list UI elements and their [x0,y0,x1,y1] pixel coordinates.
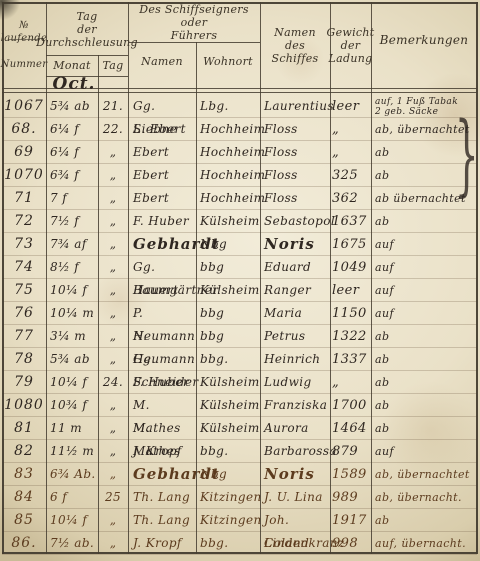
cell-time: 6¼ f [46,141,98,164]
cell-time: 10¼ f [46,371,98,394]
table-row: 81 11 m „ M. Mathes Külsheim Aurora 1464… [2,417,477,440]
cell-day: „ [98,325,128,348]
grid-line [476,2,478,554]
header-weight-label: Gewicht der Ladung [331,10,370,80]
cell-number: 75 [2,279,46,302]
cell-ship-name: J. U. Lina [260,486,330,509]
cell-remark: ab [371,394,477,417]
cell-residence: Hochheim [196,141,260,164]
cell-number: 69 [2,141,46,164]
table-row: 85 10¼ f „ Th. Lang Kitzingen Joh. Colan… [2,509,477,532]
cell-day: „ [98,141,128,164]
cell-number: 76 [2,302,46,325]
cell-residence: Hochheim [196,164,260,187]
table-row: 82 11½ m „ J. Kropf bbg. Barbarossa 879 … [2,440,477,463]
cell-ship-name: Joh. Coland [260,509,330,532]
cell-residence: bbg [196,256,260,279]
cell-captain-name: J. Kropf [128,440,196,463]
cell-remark: auf [371,256,477,279]
grid-line [2,552,477,554]
grid-line [196,42,197,554]
cell-time: 10¾ f [46,394,98,417]
table-body: 1067 5¾ ab 21. Gg. Siebne Lbg. Laurentiu… [2,95,477,555]
cell-time: 7½ f [46,210,98,233]
cell-remark: auf [371,233,477,256]
cell-captain-name: Gebhardt [128,233,196,256]
header-ship-label: Namen des Schiffes [261,10,329,80]
cell-number: 78 [2,348,46,371]
cell-ship-name: Maria [260,302,330,325]
cell-residence: Lbg. [196,95,260,118]
table-row: 1080 10¾ f „ M. Mathes Külsheim Franzisk… [2,394,477,417]
cell-day: „ [98,164,128,187]
cell-remark: ab [371,509,477,532]
cell-ship-name: Aurora [260,417,330,440]
cell-ship-name: Floss [260,141,330,164]
cell-number: 68. [2,118,46,141]
cell-number: 71 [2,187,46,210]
brace-annotation: } [455,104,479,208]
table-row: 71 7 f „ Ebert Hochheim Floss 362 ab übe… [2,187,477,210]
cell-remark: ab [371,417,477,440]
cell-number: 73 [2,233,46,256]
cell-cargo-weight: 1464 [330,417,371,440]
cell-number: 81 [2,417,46,440]
cell-ship-name: Ranger [260,279,330,302]
month-value: Oct. [50,74,98,94]
cell-remark: auf [371,279,477,302]
cell-ship-name: Floss [260,118,330,141]
cell-number: 1067 [2,95,46,118]
header-month-label: Monat [47,56,97,75]
header-captain-group: Des Schiffseigners oder Führers [129,4,259,40]
cell-captain-name: Gg. Siebne [128,95,196,118]
grid-line [2,2,4,554]
cell-ship-name: Noris [260,233,330,256]
cell-captain-name: Ebert [128,187,196,210]
table-row: 79 10¼ f 24. F. Huber Külsheim Ludwig „ … [2,371,477,394]
cell-day: 24. [98,371,128,394]
cell-captain-name: Gg. Schneider [128,348,196,371]
cell-captain-name: Ebert [128,164,196,187]
cell-ship-name: Laurentius [260,95,330,118]
cell-cargo-weight: 362 [330,187,371,210]
cell-day: „ [98,440,128,463]
cell-captain-name: L. Ebert [128,118,196,141]
cell-ship-name: Petrus [260,325,330,348]
grid-line [46,2,47,554]
cell-captain-name: M. Mathes [128,417,196,440]
cell-time: 5¾ ab [46,348,98,371]
grid-line [330,2,331,554]
cell-time: 10¼ m [46,302,98,325]
cell-cargo-weight: 1322 [330,325,371,348]
cell-residence: Kitzingen [196,486,260,509]
cell-day: „ [98,210,128,233]
cell-residence: Külsheim [196,417,260,440]
header-remarks-label: Bemerkungen [372,20,476,60]
cell-residence: bbg. [196,348,260,371]
cell-time: 7¾ af [46,233,98,256]
cell-captain-name: Th. Lang [128,486,196,509]
cell-time: 6¼ f [46,118,98,141]
cell-day: „ [98,279,128,302]
cell-time: 6¾ f [46,164,98,187]
cell-residence: bbg. [196,440,260,463]
grid-line [371,2,372,554]
cell-cargo-weight: 879 [330,440,371,463]
cell-captain-name: M. Mathes [128,394,196,417]
cell-cargo-weight: 1637 [330,210,371,233]
header-passage-group: Tag der Durchschleusung [47,4,127,54]
cell-ship-name: Ludwig [260,371,330,394]
cell-time: 11 m [46,417,98,440]
cell-time: 3¼ m [46,325,98,348]
table-row: 83 6¾ Ab. „ Gebhardt Nbg Noris 1589 ab, … [2,463,477,486]
cell-time: 10¼ f [46,279,98,302]
cell-number: 85 [2,509,46,532]
cell-residence: Külsheim [196,371,260,394]
cell-remark: ab [371,210,477,233]
cell-cargo-weight: 325 [330,164,371,187]
cell-day: „ [98,302,128,325]
table-row: 84 6 f 25 Th. Lang Kitzingen J. U. Lina … [2,486,477,509]
cell-cargo-weight: leer [330,95,371,118]
cell-residence: Külsheim [196,210,260,233]
cell-remark: auf [371,302,477,325]
cell-time: 7 f [46,187,98,210]
cell-captain-name: F. Huber [128,210,196,233]
table-row: 1067 5¾ ab 21. Gg. Siebne Lbg. Laurentiu… [2,95,477,118]
grid-line [2,2,478,4]
cell-residence: bbg [196,325,260,348]
cell-remark: auf [371,440,477,463]
cell-cargo-weight: „ [330,118,371,141]
cell-number: 83 [2,463,46,486]
cell-day: „ [98,509,128,532]
cell-day: „ [98,233,128,256]
cell-cargo-weight: leer [330,279,371,302]
cell-day: „ [98,348,128,371]
grid-line [260,2,261,554]
table-row: 68. 6¼ f 22. L. Ebert Hochheim Floss „ a… [2,118,477,141]
cell-cargo-weight: 1049 [330,256,371,279]
cell-cargo-weight: 989 [330,486,371,509]
cell-day: 25 [98,486,128,509]
cell-residence: Külsheim [196,394,260,417]
cell-ship-name: Barbarossa [260,440,330,463]
cell-day: „ [98,187,128,210]
grid-line [98,55,99,554]
cell-captain-name: Ebert [128,141,196,164]
table-row: 75 10¼ f „ Baumgärtner Külsheim Ranger l… [2,279,477,302]
cell-residence: Nbg [196,463,260,486]
cell-remark: ab, übernacht. [371,486,477,509]
cell-time: 10¼ f [46,509,98,532]
cell-captain-name: Gebhardt [128,463,196,486]
cell-ship-name: Floss [260,187,330,210]
cell-captain-name: P. Heumann [128,302,196,325]
cell-captain-name: Th. Lang [128,509,196,532]
table-row: 73 7¾ af „ Gebhardt Nbg Noris 1675 auf [2,233,477,256]
cell-ship-name: Heinrich [260,348,330,371]
cell-number: 77 [2,325,46,348]
cell-day: 21. [98,95,128,118]
cell-time: 11½ m [46,440,98,463]
cell-residence: Hochheim [196,118,260,141]
cell-cargo-weight: 1337 [330,348,371,371]
cell-time: 5¾ ab [46,95,98,118]
cell-number: 74 [2,256,46,279]
table-row: 76 10¼ m „ P. Heumann bbg Maria 1150 auf [2,302,477,325]
cell-residence: Nbg [196,233,260,256]
cell-residence: Hochheim [196,187,260,210]
cell-captain-name: N. Heumann [128,325,196,348]
cell-cargo-weight: 1917 [330,509,371,532]
table-row: 74 8½ f „ Gg. Hauert bbg Eduard 1049 auf [2,256,477,279]
cell-day: „ [98,256,128,279]
scanned-ledger-page: № laufende Nummer Tag der Durchschleusun… [0,0,480,561]
cell-ship-name: Sebastopol [260,210,330,233]
cell-captain-name: Gg. Hauert [128,256,196,279]
cell-number: 1070 [2,164,46,187]
cell-remark: ab, übernachtet [371,463,477,486]
cell-time: 8½ f [46,256,98,279]
cell-residence: Kitzingen [196,509,260,532]
grid-line [128,2,129,554]
cell-residence: Külsheim [196,279,260,302]
cell-time: 6 f [46,486,98,509]
cell-captain-name: F. Huber [128,371,196,394]
cell-cargo-weight: „ [330,141,371,164]
table-row: 69 6¼ f „ Ebert Hochheim Floss „ ab [2,141,477,164]
header-day-label: Tag [99,56,127,75]
cell-number: 72 [2,210,46,233]
cell-number: 79 [2,371,46,394]
cell-day: „ [98,394,128,417]
table-row: 72 7½ f „ F. Huber Külsheim Sebastopol 1… [2,210,477,233]
cell-day: „ [98,463,128,486]
cell-captain-name: Baumgärtner [128,279,196,302]
cell-ship-name: Floss [260,164,330,187]
cell-ship-name: Franziska [260,394,330,417]
cell-day: „ [98,417,128,440]
cell-cargo-weight: 1589 [330,463,371,486]
cell-number: 82 [2,440,46,463]
table-row: 78 5¾ ab „ Gg. Schneider bbg. Heinrich 1… [2,348,477,371]
cell-remark: ab [371,371,477,394]
cell-ship-name: Noris [260,463,330,486]
cell-day: 22. [98,118,128,141]
grid-line [128,42,260,43]
header-name-label: Namen [129,44,195,78]
header-residence-label: Wohnort [197,44,259,78]
cell-cargo-weight: 1150 [330,302,371,325]
cell-ship-name: Eduard [260,256,330,279]
cell-number: 84 [2,486,46,509]
table-row: 1070 6¾ f „ Ebert Hochheim Floss 325 ab [2,164,477,187]
cell-residence: bbg [196,302,260,325]
cell-cargo-weight: 1700 [330,394,371,417]
table-row: 77 3¼ m „ N. Heumann bbg Petrus 1322 ab [2,325,477,348]
cell-cargo-weight: „ [330,371,371,394]
cell-cargo-weight: 1675 [330,233,371,256]
cell-number: 1080 [2,394,46,417]
grid-line [46,55,128,56]
cell-remark: ab [371,348,477,371]
cell-remark: ab [371,325,477,348]
cell-time: 6¾ Ab. [46,463,98,486]
